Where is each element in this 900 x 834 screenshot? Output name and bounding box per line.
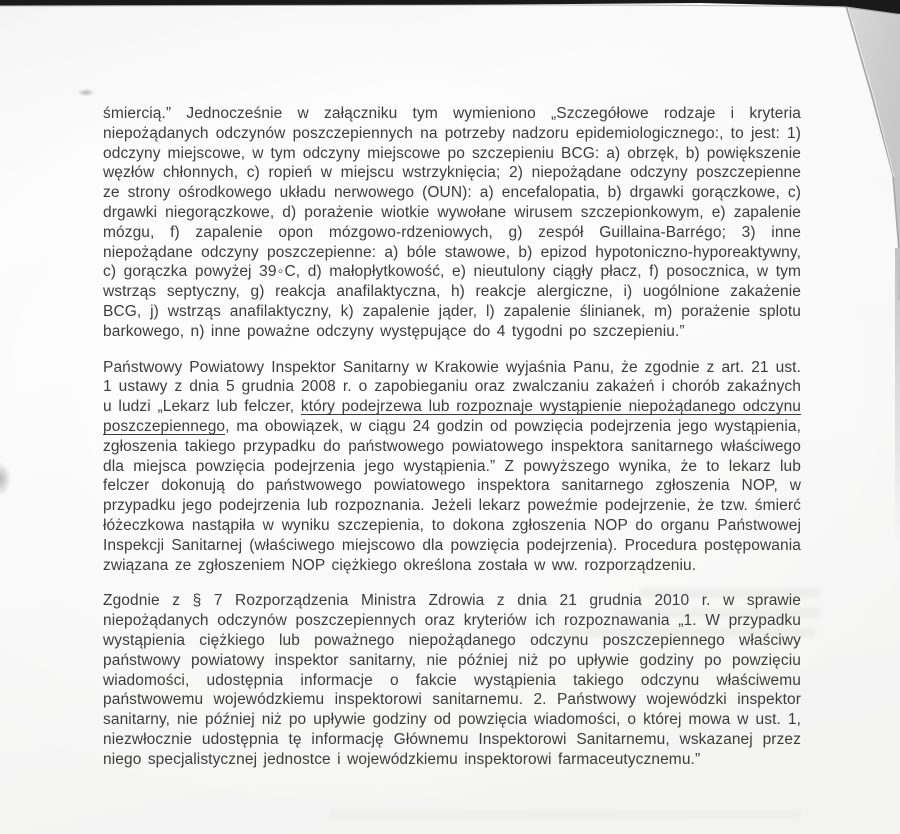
paragraph-regulation-quote: Zgodnie z § 7 Rozporządzenia Ministra Zd… [103, 591, 801, 769]
paragraph-text: śmiercią.” Jednocześnie w załączniku tym… [103, 105, 801, 340]
scan-smudge-top [78, 89, 94, 96]
page-edge-shadow [895, 248, 900, 548]
document-body: śmiercią.” Jednocześnie w załączniku tym… [103, 104, 801, 786]
paragraph-text: , ma obowiązek, w ciągu 24 godzin od pow… [103, 418, 801, 574]
bleed-through-ghost-text [330, 810, 800, 819]
scan-smudge-left-edge [0, 462, 11, 496]
page-corner-fold [836, 0, 900, 300]
paragraph-text: Zgodnie z § 7 Rozporządzenia Ministra Zd… [103, 592, 801, 767]
paragraph-inspector-explanation: Państwowy Powiatowy Inspektor Sanitarny … [103, 358, 801, 576]
scan-top-edge-artifact [0, 0, 900, 18]
scanned-page: śmiercią.” Jednocześnie w załączniku tym… [0, 0, 900, 834]
paragraph-adverse-reaction-types: śmiercią.” Jednocześnie w załączniku tym… [103, 104, 801, 342]
